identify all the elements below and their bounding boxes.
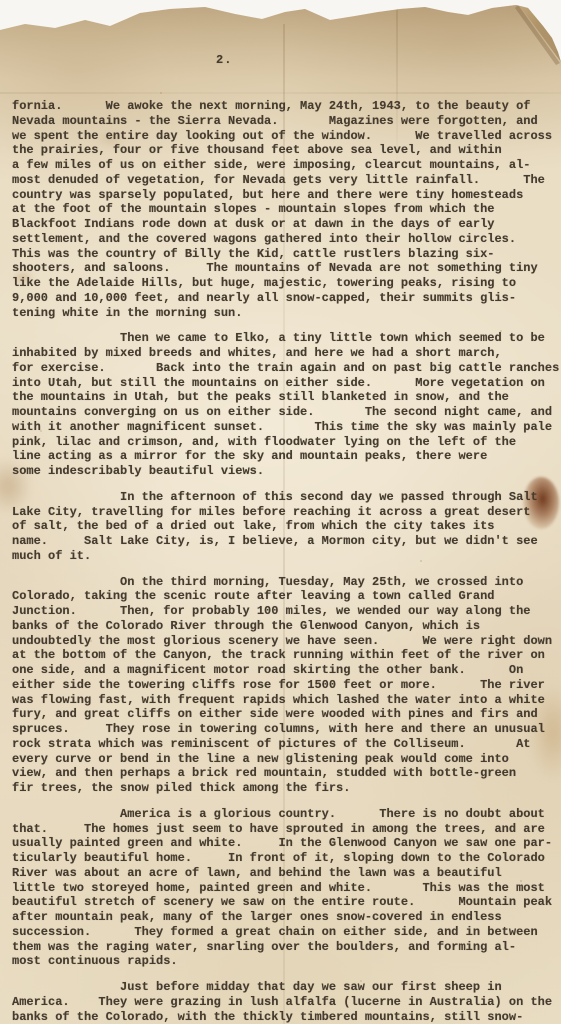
typewritten-line: Blackfoot Indians rode down at dusk or a… [12,217,561,232]
paragraph: fornia. We awoke the next morning, May 2… [12,99,561,320]
typewritten-line: tening white in the morning sun. [12,306,561,321]
typewritten-line: inhabited by mixed breeds and whites, an… [12,346,561,361]
typewritten-line: either side the towering cliffs rose for… [12,678,561,693]
typewritten-line: mountains converging on us on either sid… [12,405,561,420]
paper-speckles [0,0,2,2]
paragraph: Then we came to Elko, a tiny little town… [12,331,561,479]
letter-body: fornia. We awoke the next morning, May 2… [12,99,561,1024]
typewritten-line: In the afternoon of this second day we p… [12,490,561,505]
typewritten-line: the mountains in Utah, but the peaks sti… [12,390,561,405]
torn-top-edge-shading [0,0,561,78]
typewritten-line: we spent the entire day looking out of t… [12,129,561,144]
typewritten-line: most continuous rapids. [12,954,561,969]
typewritten-line: them was the raging water, snarling over… [12,940,561,955]
horizontal-crease [0,92,561,94]
typewritten-line: was flowing fast, with frequent rapids w… [12,693,561,708]
paragraph: Just before midday that day we saw our f… [12,980,561,1024]
typewritten-line: This was the country of Billy the Kid, c… [12,247,561,262]
typewritten-line: rock strata which was reminiscent of pic… [12,737,561,752]
typewritten-line: with it another magnificent sunset. This… [12,420,561,435]
typewritten-line: Junction. Then, for probably 100 miles, … [12,604,561,619]
typewritten-line: at the foot of the mountain slopes - mou… [12,202,561,217]
paragraph: In the afternoon of this second day we p… [12,490,561,564]
typewritten-line: fornia. We awoke the next morning, May 2… [12,99,561,114]
typewritten-line: most denuded of vegetation, for Nevada g… [12,173,561,188]
typewritten-line: usually painted green and white. In the … [12,836,561,851]
typewritten-line: at the bottom of the Canyon, the track r… [12,648,561,663]
typewritten-line: fir trees, the snow piled thick among th… [12,781,561,796]
typewritten-line: Nevada mountains - the Sierra Nevada. Ma… [12,114,561,129]
typewritten-line: shooters, and saloons. The mountains of … [12,261,561,276]
typewritten-line: line acting as a mirror for the sky and … [12,449,561,464]
typewritten-line: undoubtedly the most glorious scenery we… [12,634,561,649]
typewritten-line: of salt, the bed of a dried out lake, fr… [12,519,561,534]
typewritten-line: the prairies, four or five thousand feet… [12,143,561,158]
typewritten-line: fury, and great cliffs on either side we… [12,707,561,722]
paragraph: On the third morning, Tuesday, May 25th,… [12,575,561,796]
typewritten-line: succession. They formed a great chain on… [12,925,561,940]
typewritten-line: for exercise. Back into the train again … [12,361,561,376]
typewritten-line: a few miles of us on either side, were i… [12,158,561,173]
typewritten-line: On the third morning, Tuesday, May 25th,… [12,575,561,590]
typewritten-line: Colorado, taking the scenic route after … [12,589,561,604]
typewritten-line: that. The homes just seem to have sprout… [12,822,561,837]
typewritten-line: some indescribably beautiful views. [12,464,561,479]
letter-page: 2. fornia. We awoke the next morning, Ma… [0,0,561,1024]
typewritten-line: banks of the Colorado River through the … [12,619,561,634]
page-number: 2. [216,53,232,67]
typewritten-line: Then we came to Elko, a tiny little town… [12,331,561,346]
typewritten-line: River was about an acre of lawn, and beh… [12,866,561,881]
typewritten-line: pink, lilac and crimson, and, with flood… [12,435,561,450]
typewritten-line: country was sparsely populated, but here… [12,188,561,203]
typewritten-line: after mountain peak, many of the larger … [12,910,561,925]
typewritten-line: America. They were grazing in lush alfal… [12,995,561,1010]
typewritten-line: 9,000 and 10,000 feet, and nearly all sn… [12,291,561,306]
typewritten-line: every curve or bend in the line a new gl… [12,752,561,767]
typewritten-line: banks of the Colorado, with the thickly … [12,1010,561,1024]
scan-background: 2. fornia. We awoke the next morning, Ma… [0,0,561,1024]
typewritten-line: spruces. They rose in towering columns, … [12,722,561,737]
typewritten-line: beautiful stretch of scenery we saw on t… [12,895,561,910]
typewritten-line: into Utah, but still the mountains on ei… [12,376,561,391]
typewritten-line: Lake City, travelling for miles before r… [12,505,561,520]
typewritten-line: name. Salt Lake City, is, I believe, a M… [12,534,561,549]
paragraph: America is a glorious country. There is … [12,807,561,969]
typewritten-line: like the Adelaide Hills, but huge, majes… [12,276,561,291]
typewritten-line: little two storeyed home, painted green … [12,881,561,896]
typewritten-line: ticularly beautiful home. In front of it… [12,851,561,866]
typewritten-line: view, and then perhaps a brick red mount… [12,766,561,781]
typewritten-line: Just before midday that day we saw our f… [12,980,561,995]
typewritten-line: America is a glorious country. There is … [12,807,561,822]
typewritten-line: much of it. [12,549,561,564]
typewritten-line: one side, and a magnificent motor road s… [12,663,561,678]
typewritten-line: settlement, and the covered wagons gathe… [12,232,561,247]
